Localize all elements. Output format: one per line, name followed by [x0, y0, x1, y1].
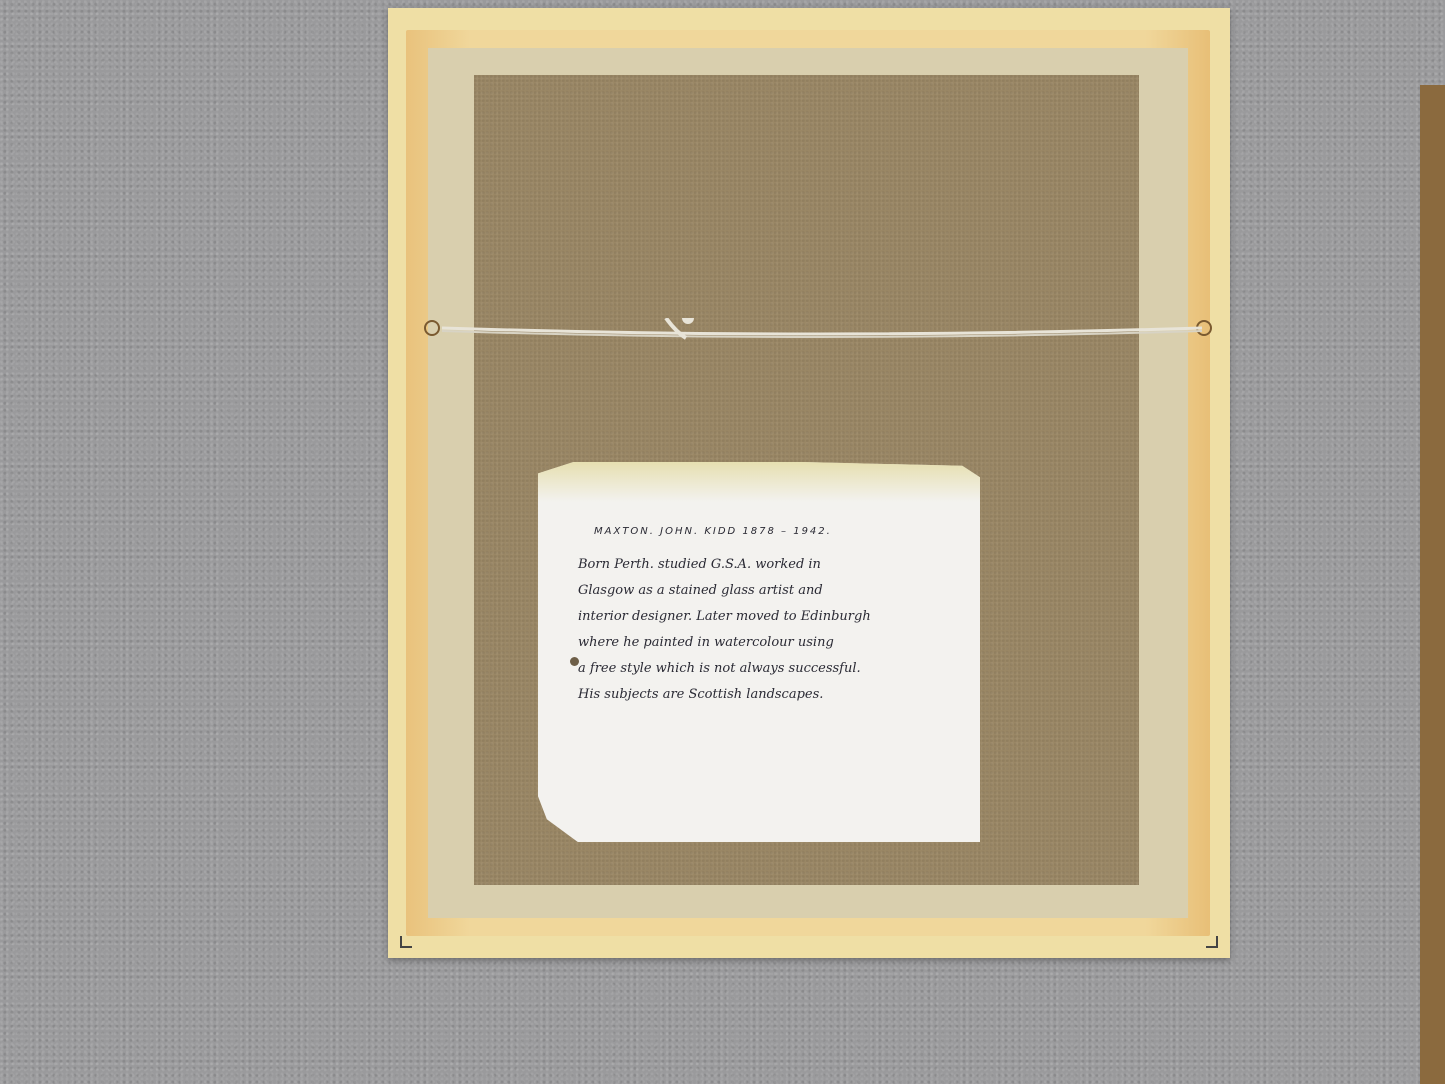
adjacent-frame-edge: [1420, 85, 1445, 1084]
note-line: His subjects are Scottish landscapes.: [578, 682, 968, 708]
note-line: a free style which is not always success…: [578, 656, 968, 682]
hanging-cord: [436, 318, 1208, 348]
note-line: interior designer. Later moved to Edinbu…: [578, 604, 968, 630]
note-stain: [538, 462, 980, 502]
note-line: where he painted in watercolour using: [578, 630, 968, 656]
note-line: Glasgow as a stained glass artist and: [578, 578, 968, 604]
corner-mark-left: [400, 936, 412, 948]
note-body: Born Perth. studied G.S.A. worked in Gla…: [578, 552, 968, 708]
note-line: Born Perth. studied G.S.A. worked in: [578, 552, 968, 578]
handwritten-note: MAXTON. JOHN. KIDD 1878 – 1942. Born Per…: [538, 462, 980, 842]
note-heading: MAXTON. JOHN. KIDD 1878 – 1942.: [594, 526, 832, 537]
corner-mark-right: [1206, 936, 1218, 948]
